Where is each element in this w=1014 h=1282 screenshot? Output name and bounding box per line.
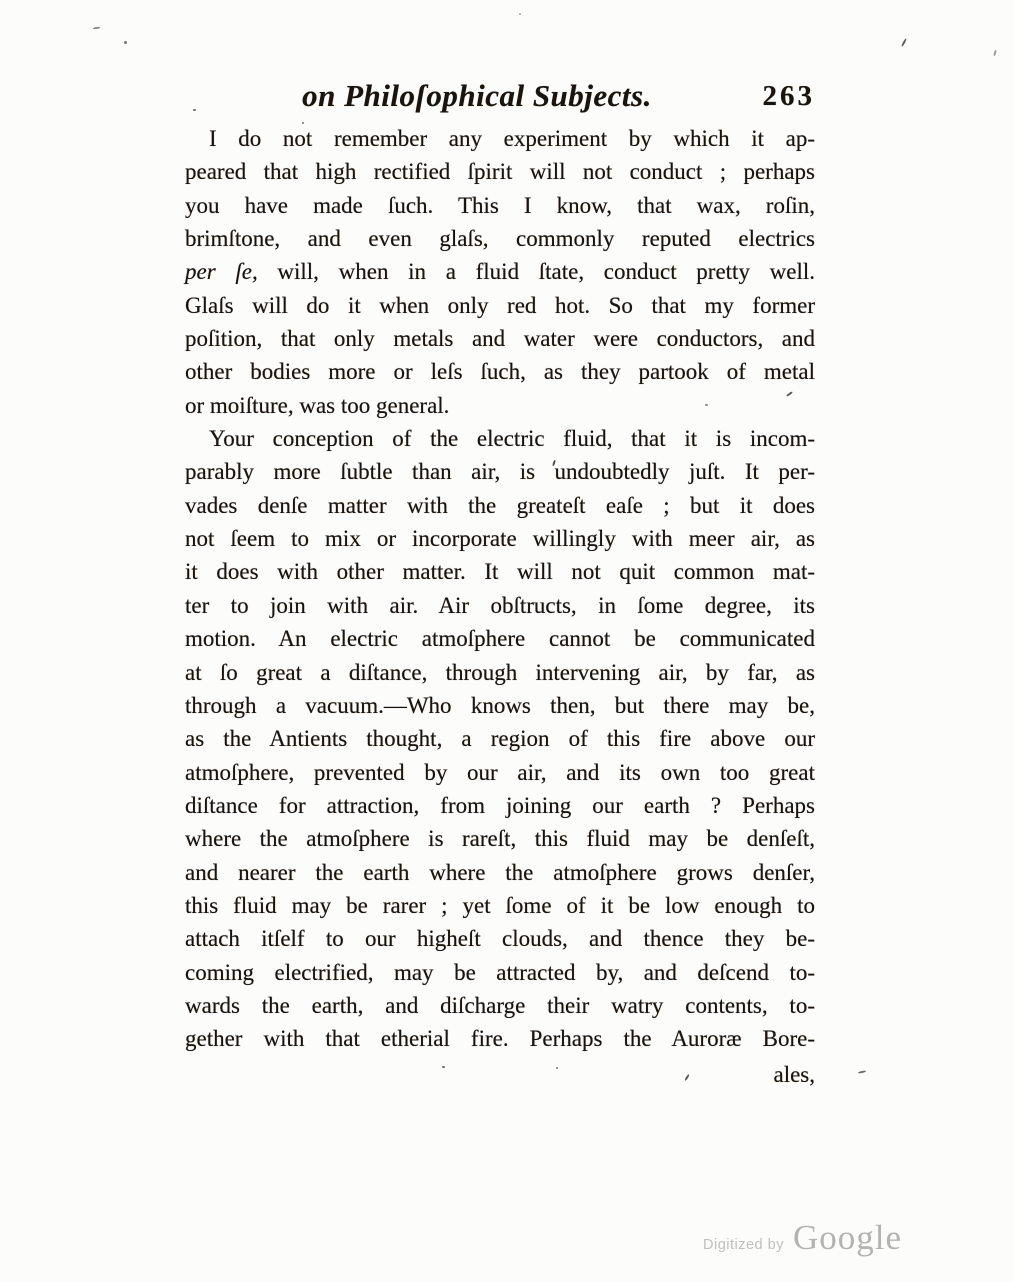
text-line: diſtance for attraction, from joining ou…	[185, 789, 815, 822]
text-segment: Your conception of the electric fluid, t…	[209, 426, 815, 451]
paragraph: Your conception of the electric fluid, t…	[185, 422, 815, 1056]
text-line: Glaſs will do it when only red hot. So t…	[185, 289, 815, 322]
text-segment: or moiſture, was too general.	[185, 393, 449, 418]
text-segment: wards the earth, and diſcharge their wat…	[185, 993, 815, 1018]
text-line: gether with that etherial fire. Perhaps …	[185, 1022, 815, 1055]
text-line: brimſtone, and even glaſs, commonly repu…	[185, 222, 815, 255]
text-line: wards the earth, and diſcharge their wat…	[185, 989, 815, 1022]
text-segment: poſition, that only metals and water wer…	[185, 326, 815, 351]
catchword: ales,	[185, 1058, 815, 1091]
text-segment: through a vacuum.—Who knows then, but th…	[185, 693, 815, 718]
text-segment: brimſtone, and even glaſs, commonly repu…	[185, 226, 815, 251]
text-segment: as the Antients thought, a region of thi…	[185, 726, 815, 751]
scan-speck	[519, 13, 521, 15]
text-segment: gether with that etherial fire. Perhaps …	[185, 1026, 815, 1051]
running-header-title: on Philoſophical Subjects.	[185, 78, 815, 114]
text-segment: other bodies more or leſs ſuch, as they …	[185, 359, 815, 384]
running-header: on Philoſophical Subjects. 263	[185, 78, 815, 118]
text-line: vades denſe matter with the greateſt eaſ…	[185, 489, 815, 522]
book-page: on Philoſophical Subjects. 263 I do not …	[0, 0, 1014, 1282]
text-line: other bodies more or leſs ſuch, as they …	[185, 355, 815, 388]
text-segment: atmoſphere, prevented by our air, and it…	[185, 760, 815, 785]
scan-speck	[302, 122, 304, 124]
text-line: ter to join with air. Air obſtructs, in …	[185, 589, 815, 622]
text-segment: this fluid may be rarer ; yet ſome of it…	[185, 893, 815, 918]
google-logo: Google	[793, 1218, 902, 1258]
text-segment: ter to join with air. Air obſtructs, in …	[185, 593, 815, 618]
scan-speck	[993, 50, 996, 56]
text-segment: peared that high rectified ſpirit will n…	[185, 159, 815, 184]
text-line: as the Antients thought, a region of thi…	[185, 722, 815, 755]
text-segment: diſtance for attraction, from joining ou…	[185, 793, 815, 818]
italic-text-segment: per ſe,	[185, 259, 258, 284]
text-segment: where the atmoſphere is rareſt, this flu…	[185, 826, 815, 851]
text-segment: and nearer the earth where the atmoſpher…	[185, 860, 815, 885]
scan-speck	[705, 404, 708, 406]
scan-speck	[442, 1066, 445, 1068]
body-text: I do not remember any experiment by whic…	[185, 122, 815, 1056]
text-line: or moiſture, was too general.	[185, 389, 815, 422]
scan-speck	[556, 1067, 558, 1069]
paragraph: I do not remember any experiment by whic…	[185, 122, 815, 422]
text-line: not ſeem to mix or incorporate willingly…	[185, 522, 815, 555]
text-segment: parably more ſubtle than air, is undoubt…	[185, 459, 815, 484]
text-segment: motion. An electric atmoſphere cannot be…	[185, 626, 815, 651]
text-line: it does with other matter. It will not q…	[185, 555, 815, 588]
digitized-by-label: Digitized by	[703, 1237, 784, 1253]
scan-speck	[93, 27, 100, 30]
scan-speck	[193, 109, 196, 111]
text-line: this fluid may be rarer ; yet ſome of it…	[185, 889, 815, 922]
text-line: you have made ſuch. This I know, that wa…	[185, 189, 815, 222]
text-segment: you have made ſuch. This I know, that wa…	[185, 193, 815, 218]
text-line: parably more ſubtle than air, is undoubt…	[185, 455, 815, 488]
text-segment: will, when in a fluid ſtate, conduct pre…	[258, 259, 815, 284]
text-segment: it does with other matter. It will not q…	[185, 559, 815, 584]
text-segment: not ſeem to mix or incorporate willingly…	[185, 526, 815, 551]
text-line: attach itſelf to our higheſt clouds, and…	[185, 922, 815, 955]
text-line: peared that high rectified ſpirit will n…	[185, 155, 815, 188]
text-segment: Glaſs will do it when only red hot. So t…	[185, 293, 815, 318]
text-segment: at ſo great a diſtance, through interven…	[185, 660, 815, 685]
text-line: coming electrified, may be attracted by,…	[185, 956, 815, 989]
text-line: Your conception of the electric fluid, t…	[185, 422, 815, 455]
scan-speck	[901, 38, 907, 47]
text-line: I do not remember any experiment by whic…	[185, 122, 815, 155]
page-number: 263	[763, 80, 816, 113]
text-line: atmoſphere, prevented by our air, and it…	[185, 756, 815, 789]
text-segment: I do not remember any experiment by whic…	[209, 126, 815, 151]
text-line: and nearer the earth where the atmoſpher…	[185, 856, 815, 889]
text-segment: attach itſelf to our higheſt clouds, and…	[185, 926, 815, 951]
scan-speck	[124, 41, 127, 44]
text-line: at ſo great a diſtance, through interven…	[185, 656, 815, 689]
text-segment: coming electrified, may be attracted by,…	[185, 960, 815, 985]
scan-speck	[858, 1070, 866, 1074]
google-watermark: Digitized by Google	[703, 1218, 902, 1258]
text-line: per ſe, will, when in a fluid ſtate, con…	[185, 255, 815, 288]
text-segment: vades denſe matter with the greateſt eaſ…	[185, 493, 815, 518]
text-line: where the atmoſphere is rareſt, this flu…	[185, 822, 815, 855]
text-line: through a vacuum.—Who knows then, but th…	[185, 689, 815, 722]
text-line: poſition, that only metals and water wer…	[185, 322, 815, 355]
text-line: motion. An electric atmoſphere cannot be…	[185, 622, 815, 655]
